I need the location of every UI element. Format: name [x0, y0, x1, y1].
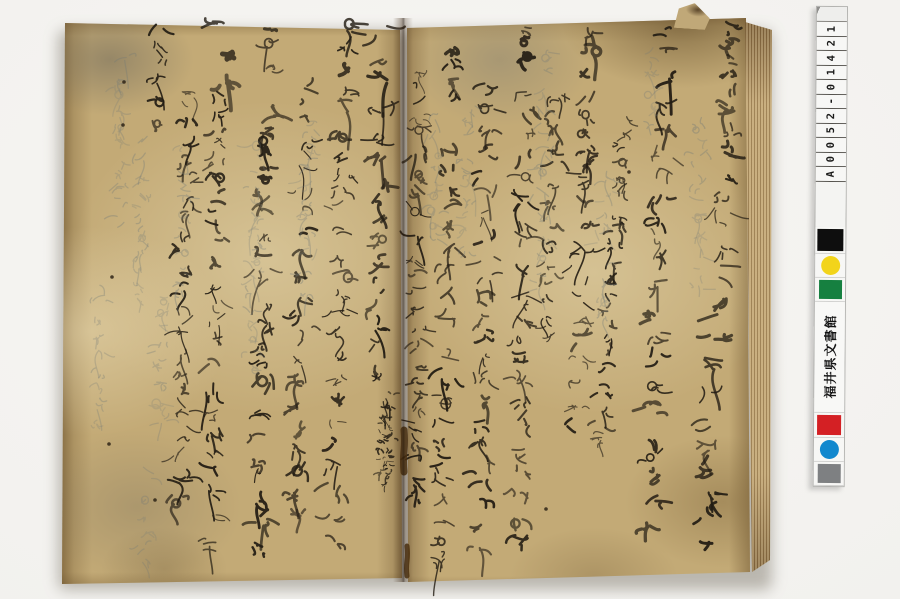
manuscript-left-page: [62, 20, 403, 586]
ruler-id-cell: 1: [816, 65, 846, 80]
ruler-id-char: A: [826, 171, 837, 177]
color-patch-blue: [814, 437, 844, 461]
black-swatch: [817, 228, 843, 250]
ruler-id-cell: A: [816, 167, 846, 182]
gray-swatch: [817, 463, 840, 482]
ruler-id-cell: 0: [816, 80, 846, 95]
ruler-id-char: 4: [826, 55, 837, 61]
ruler-id-cell: 2: [816, 109, 846, 124]
archive-photo: 12410-2500A福井県文書館: [0, 0, 900, 599]
color-patch-red: [814, 412, 844, 437]
blue-swatch: [819, 439, 838, 458]
yellow-swatch: [821, 255, 840, 274]
green-swatch: [818, 279, 841, 298]
ruler-gap: [815, 181, 845, 226]
color-patch-yellow: [815, 253, 845, 277]
ruler-id-char: 2: [826, 113, 837, 119]
ruler-id-char: 0: [826, 156, 837, 162]
color-patch-black: [815, 226, 845, 253]
ruler-id-char: 2: [826, 40, 837, 46]
ruler-id-char: -: [826, 98, 837, 104]
ruler-id-cell: 1: [817, 22, 847, 37]
ruler-id-char: 1: [827, 26, 838, 32]
color-patch-green: [815, 277, 845, 301]
ruler-id-cell: 0: [816, 152, 846, 167]
ruler-id-char: 0: [826, 84, 837, 90]
red-swatch: [817, 414, 841, 434]
institution-label-text: 福井県文書館: [820, 314, 840, 398]
ruler-id-char: 0: [826, 142, 837, 148]
ruler-id-char: 5: [826, 127, 837, 133]
institution-label: 福井県文書館: [814, 301, 845, 412]
ruler-id-cell: 5: [816, 123, 846, 138]
ruler-id-char: 1: [826, 69, 837, 75]
ruler-end-cell: [817, 7, 847, 22]
ruler-id-cell: 0: [816, 138, 846, 153]
color-scale-ruler: 12410-2500A福井県文書館: [813, 6, 848, 487]
ruler-id-cell: 2: [817, 36, 847, 51]
manuscript-right-page: [402, 14, 751, 588]
ruler-id-cell: 4: [817, 51, 847, 66]
ruler-id-cell: -: [816, 94, 846, 109]
color-patch-gray: [814, 461, 844, 485]
torn-paper-tab: [673, 2, 711, 30]
